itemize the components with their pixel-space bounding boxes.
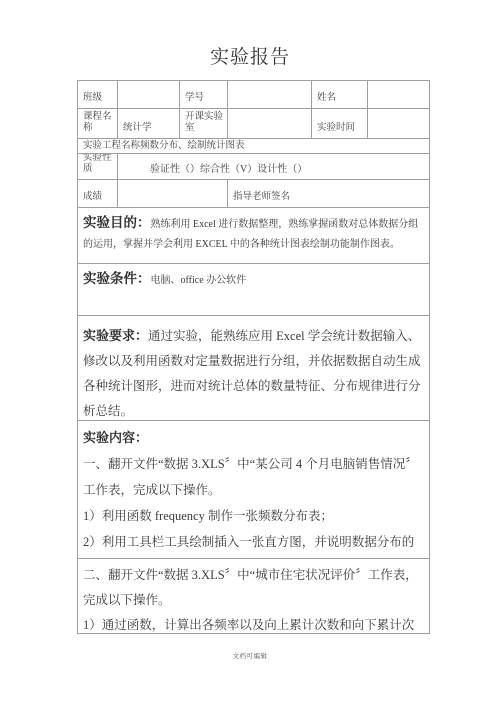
content-section-2: 二、翻开文件“数据 3.XLS〞中“城市住宅状况评价〞工作表，完成以下操作。 1… <box>78 559 429 633</box>
condition-body: 电脑、office 办公软件 <box>151 275 247 286</box>
requirement-heading: 实验要求： <box>83 328 148 343</box>
lab-room-value-cell <box>228 109 312 138</box>
page-title: 实验报告 <box>0 42 500 69</box>
nature-options: 验证性（）综合性（V）设计性（） <box>118 154 429 179</box>
content-heading: 实验内容： <box>83 425 421 451</box>
table-row-course: 课程名称 统计学 开课实验室 实验时间 <box>78 109 429 139</box>
name-label: 姓名 <box>312 81 368 108</box>
requirement-section: 实验要求：通过实验，能熟练应用 Excel 学会统计数据输入、修改以及利用函数对… <box>78 316 429 420</box>
lab-room-label: 开课实验室 <box>180 109 228 138</box>
course-value: 统计学 <box>118 109 180 138</box>
footer-note: 文档可编辑 <box>0 651 500 660</box>
class-label: 班级 <box>78 81 118 108</box>
content-task2-step1: 1）通过函数，计算出各频率以及向上累计次数和向下累计次数； <box>83 613 421 633</box>
table-row-content-1: 实验内容： 一、翻开文件“数据 3.XLS〞中“某公司 4 个月电脑销售情况〞工… <box>78 421 429 559</box>
table-row-identity: 班级 学号 姓名 <box>78 81 429 109</box>
content-task1-step1: 1）利用函数 frequency 制作一张频数分布表； <box>83 503 421 529</box>
exp-time-label: 实验时间 <box>312 109 368 138</box>
condition-heading: 实验条件： <box>83 271 151 286</box>
purpose-section: 实验目的：熟练利用 Excel 进行数据整理，熟练掌握函数对总体数据分组的运用，… <box>78 208 429 263</box>
condition-section: 实验条件：电脑、office 办公软件 <box>78 264 429 315</box>
content-task1: 一、翻开文件“数据 3.XLS〞中“某公司 4 个月电脑销售情况〞工作表，完成以… <box>83 451 421 503</box>
project-name-line: 实验工程名称频数分布、绘制统计图表 <box>78 139 429 153</box>
student-no-label: 学号 <box>180 81 228 108</box>
table-row-score: 成绩 指导老师签名 <box>78 180 429 208</box>
name-value-cell <box>368 81 429 108</box>
table-row-project: 实验工程名称频数分布、绘制统计图表 <box>78 139 429 154</box>
content-task2: 二、翻开文件“数据 3.XLS〞中“城市住宅状况评价〞工作表，完成以下操作。 <box>83 563 421 613</box>
score-value-cell <box>118 180 228 207</box>
table-row-content-2: 二、翻开文件“数据 3.XLS〞中“城市住宅状况评价〞工作表，完成以下操作。 1… <box>78 559 429 633</box>
table-row-requirement: 实验要求：通过实验，能熟练应用 Excel 学会统计数据输入、修改以及利用函数对… <box>78 316 429 421</box>
course-label: 课程名称 <box>78 109 118 138</box>
table-row-condition: 实验条件：电脑、office 办公软件 <box>78 264 429 316</box>
student-no-value-cell <box>228 81 312 108</box>
table-row-purpose: 实验目的：熟练利用 Excel 进行数据整理，熟练掌握函数对总体数据分组的运用，… <box>78 208 429 264</box>
class-value-cell <box>118 81 180 108</box>
purpose-heading: 实验目的： <box>83 215 151 230</box>
content-section-1: 实验内容： 一、翻开文件“数据 3.XLS〞中“某公司 4 个月电脑销售情况〞工… <box>78 421 429 558</box>
content-task1-step2: 2）利用工具栏工具绘制插入一张直方图，并说明数据分布的特点。 <box>83 529 421 558</box>
nature-label: 实验性质 <box>78 154 118 179</box>
table-row-nature: 实验性质 验证性（）综合性（V）设计性（） <box>78 154 429 180</box>
report-page: 实验报告 班级 学号 姓名 课程名称 统计学 开课实验室 实验时间 实验工程名称… <box>0 0 500 707</box>
report-table: 班级 学号 姓名 课程名称 统计学 开课实验室 实验时间 实验工程名称频数分布、… <box>77 80 430 634</box>
teacher-sign-label: 指导老师签名 <box>228 180 429 207</box>
exp-time-value-cell <box>368 109 429 138</box>
score-label: 成绩 <box>78 180 118 207</box>
